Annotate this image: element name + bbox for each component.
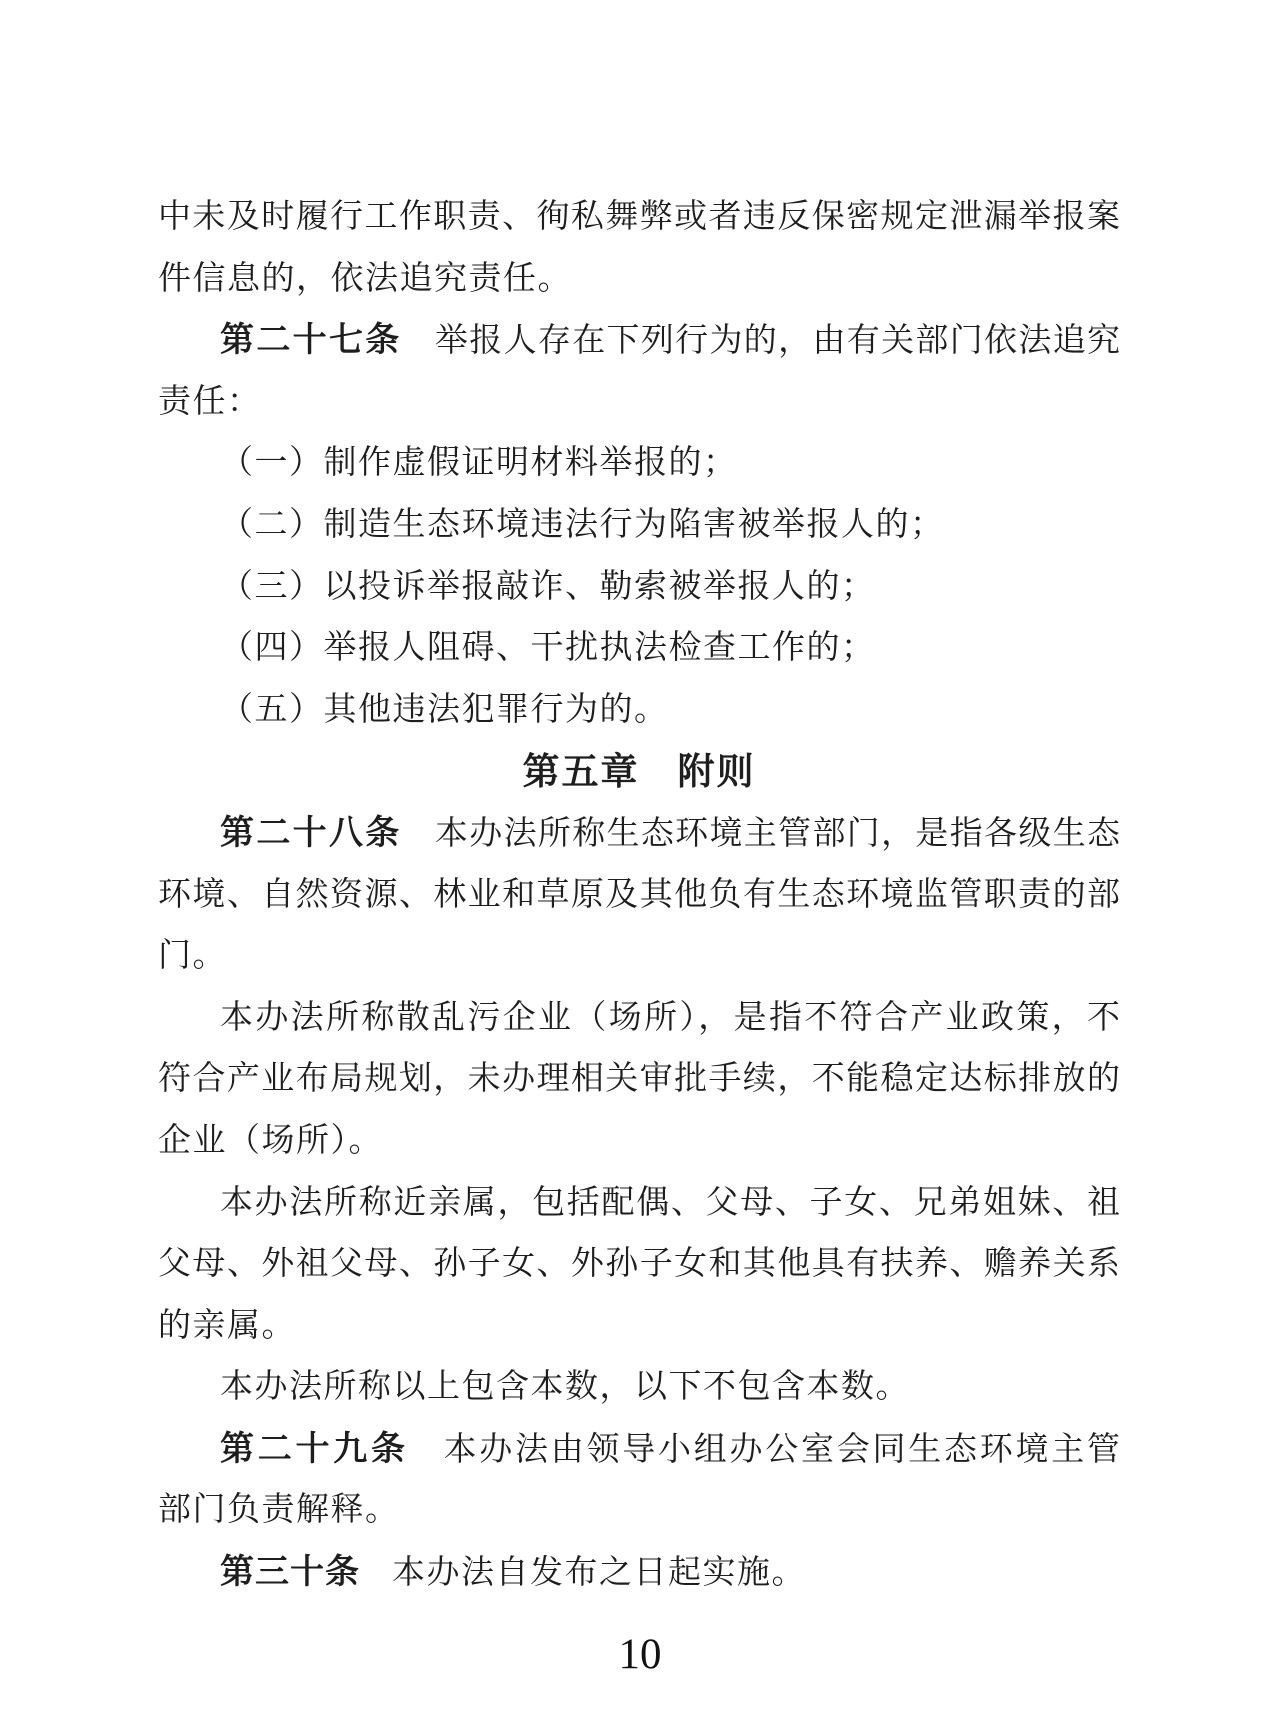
paragraph-line: 第二十七条举报人存在下列行为的，由有关部门依法追究 <box>158 310 1120 372</box>
paragraph-line: 第二十八条本办法所称生态环境主管部门，是指各级生态 <box>158 803 1120 865</box>
paragraph-line: 本办法所称散乱污企业（场所），是指不符合产业政策，不 <box>158 988 1120 1050</box>
article-number: 第三十条 <box>220 1553 360 1591</box>
paragraph-line: （四）举报人阻碍、干扰执法检查工作的； <box>158 618 1120 680</box>
article-number: 第二十八条 <box>220 814 402 852</box>
paragraph-line: 件信息的，依法追究责任。 <box>158 249 1120 311</box>
paragraph-line: 父母、外祖父母、孙子女、外孙子女和其他具有扶养、赡养关系 <box>158 1234 1120 1296</box>
article-number: 第二十七条 <box>220 321 402 359</box>
paragraph-line: （二）制造生态环境违法行为陷害被举报人的； <box>158 495 1120 557</box>
body-text: 符合产业布局规划，未办理相关审批手续，不能稳定达标排放的 <box>158 1061 1120 1097</box>
body-text: 部门负责解释。 <box>158 1492 400 1528</box>
body-text: （五）其他违法犯罪行为的。 <box>220 692 669 728</box>
body-text: （三）以投诉举报敲诈、勒索被举报人的； <box>220 569 876 605</box>
paragraph-line: 符合产业布局规划，未办理相关审批手续，不能稳定达标排放的 <box>158 1049 1120 1111</box>
body-text: 本办法所称以上包含本数，以下不包含本数。 <box>220 1369 910 1405</box>
body-text: 本办法所称生态环境主管部门，是指各级生态 <box>434 816 1120 852</box>
paragraph-line: （五）其他违法犯罪行为的。 <box>158 680 1120 742</box>
spacing-gap <box>402 843 434 844</box>
document-page: 中未及时履行工作职责、徇私舞弊或者违反保密规定泄漏举报案件信息的，依法追究责任。… <box>0 0 1280 1730</box>
body-text: 中未及时履行工作职责、徇私舞弊或者违反保密规定泄漏举报案 <box>158 199 1120 235</box>
paragraph-line: 本办法所称近亲属，包括配偶、父母、子女、兄弟姐妹、祖 <box>158 1173 1120 1235</box>
paragraph-line: 部门负责解释。 <box>158 1480 1120 1542</box>
article-number: 第二十九条 <box>220 1430 409 1468</box>
body-text: 责任： <box>158 384 262 420</box>
spacing-gap <box>409 1459 441 1460</box>
paragraph-line: 第三十条本办法自发布之日起实施。 <box>158 1542 1120 1604</box>
paragraph-line: 责任： <box>158 372 1120 434</box>
body-text: 本办法所称散乱污企业（场所），是指不符合产业政策，不 <box>220 1000 1120 1036</box>
paragraph-line: 第二十九条本办法由领导小组办公室会同生态环境主管 <box>158 1419 1120 1481</box>
paragraph-line: 中未及时履行工作职责、徇私舞弊或者违反保密规定泄漏举报案 <box>158 187 1120 249</box>
body-text: 企业（场所）。 <box>158 1123 383 1159</box>
chapter-heading: 第五章附则 <box>158 741 1120 803</box>
document-body: 中未及时履行工作职责、徇私舞弊或者违反保密规定泄漏举报案件信息的，依法追究责任。… <box>158 187 1120 1604</box>
body-text: 件信息的，依法追究责任。 <box>158 261 572 297</box>
paragraph-line: 环境、自然资源、林业和草原及其他负有生态环境监管职责的部 <box>158 865 1120 927</box>
paragraph-line: （三）以投诉举报敲诈、勒索被举报人的； <box>158 557 1120 619</box>
body-text: 举报人存在下列行为的，由有关部门依法追究 <box>434 323 1120 359</box>
body-text: （一）制作虚假证明材料举报的； <box>220 445 738 481</box>
body-text: 本办法所称近亲属，包括配偶、父母、子女、兄弟姐妹、祖 <box>220 1185 1120 1221</box>
paragraph-line: （一）制作虚假证明材料举报的； <box>158 433 1120 495</box>
chapter-heading-text: 第五章 <box>523 751 640 792</box>
spacing-gap <box>640 783 678 784</box>
page-number: 10 <box>0 1630 1280 1679</box>
chapter-heading-text: 附则 <box>678 751 756 792</box>
body-text: （二）制造生态环境违法行为陷害被举报人的； <box>220 507 945 543</box>
paragraph-line: 本办法所称以上包含本数，以下不包含本数。 <box>158 1357 1120 1419</box>
paragraph-line: 企业（场所）。 <box>158 1111 1120 1173</box>
body-text: 环境、自然资源、林业和草原及其他负有生态环境监管职责的部 <box>158 877 1120 913</box>
spacing-gap <box>360 1582 392 1583</box>
body-text: （四）举报人阻碍、干扰执法检查工作的； <box>220 630 876 666</box>
body-text: 门。 <box>158 938 227 974</box>
paragraph-line: 门。 <box>158 926 1120 988</box>
body-text: 本办法由领导小组办公室会同生态环境主管 <box>441 1432 1120 1468</box>
body-text: 父母、外祖父母、孙子女、外孙子女和其他具有扶养、赡养关系 <box>158 1246 1120 1282</box>
body-text: 的亲属。 <box>158 1308 296 1344</box>
paragraph-line: 的亲属。 <box>158 1296 1120 1358</box>
body-text: 本办法自发布之日起实施。 <box>392 1555 806 1591</box>
spacing-gap <box>402 350 434 351</box>
